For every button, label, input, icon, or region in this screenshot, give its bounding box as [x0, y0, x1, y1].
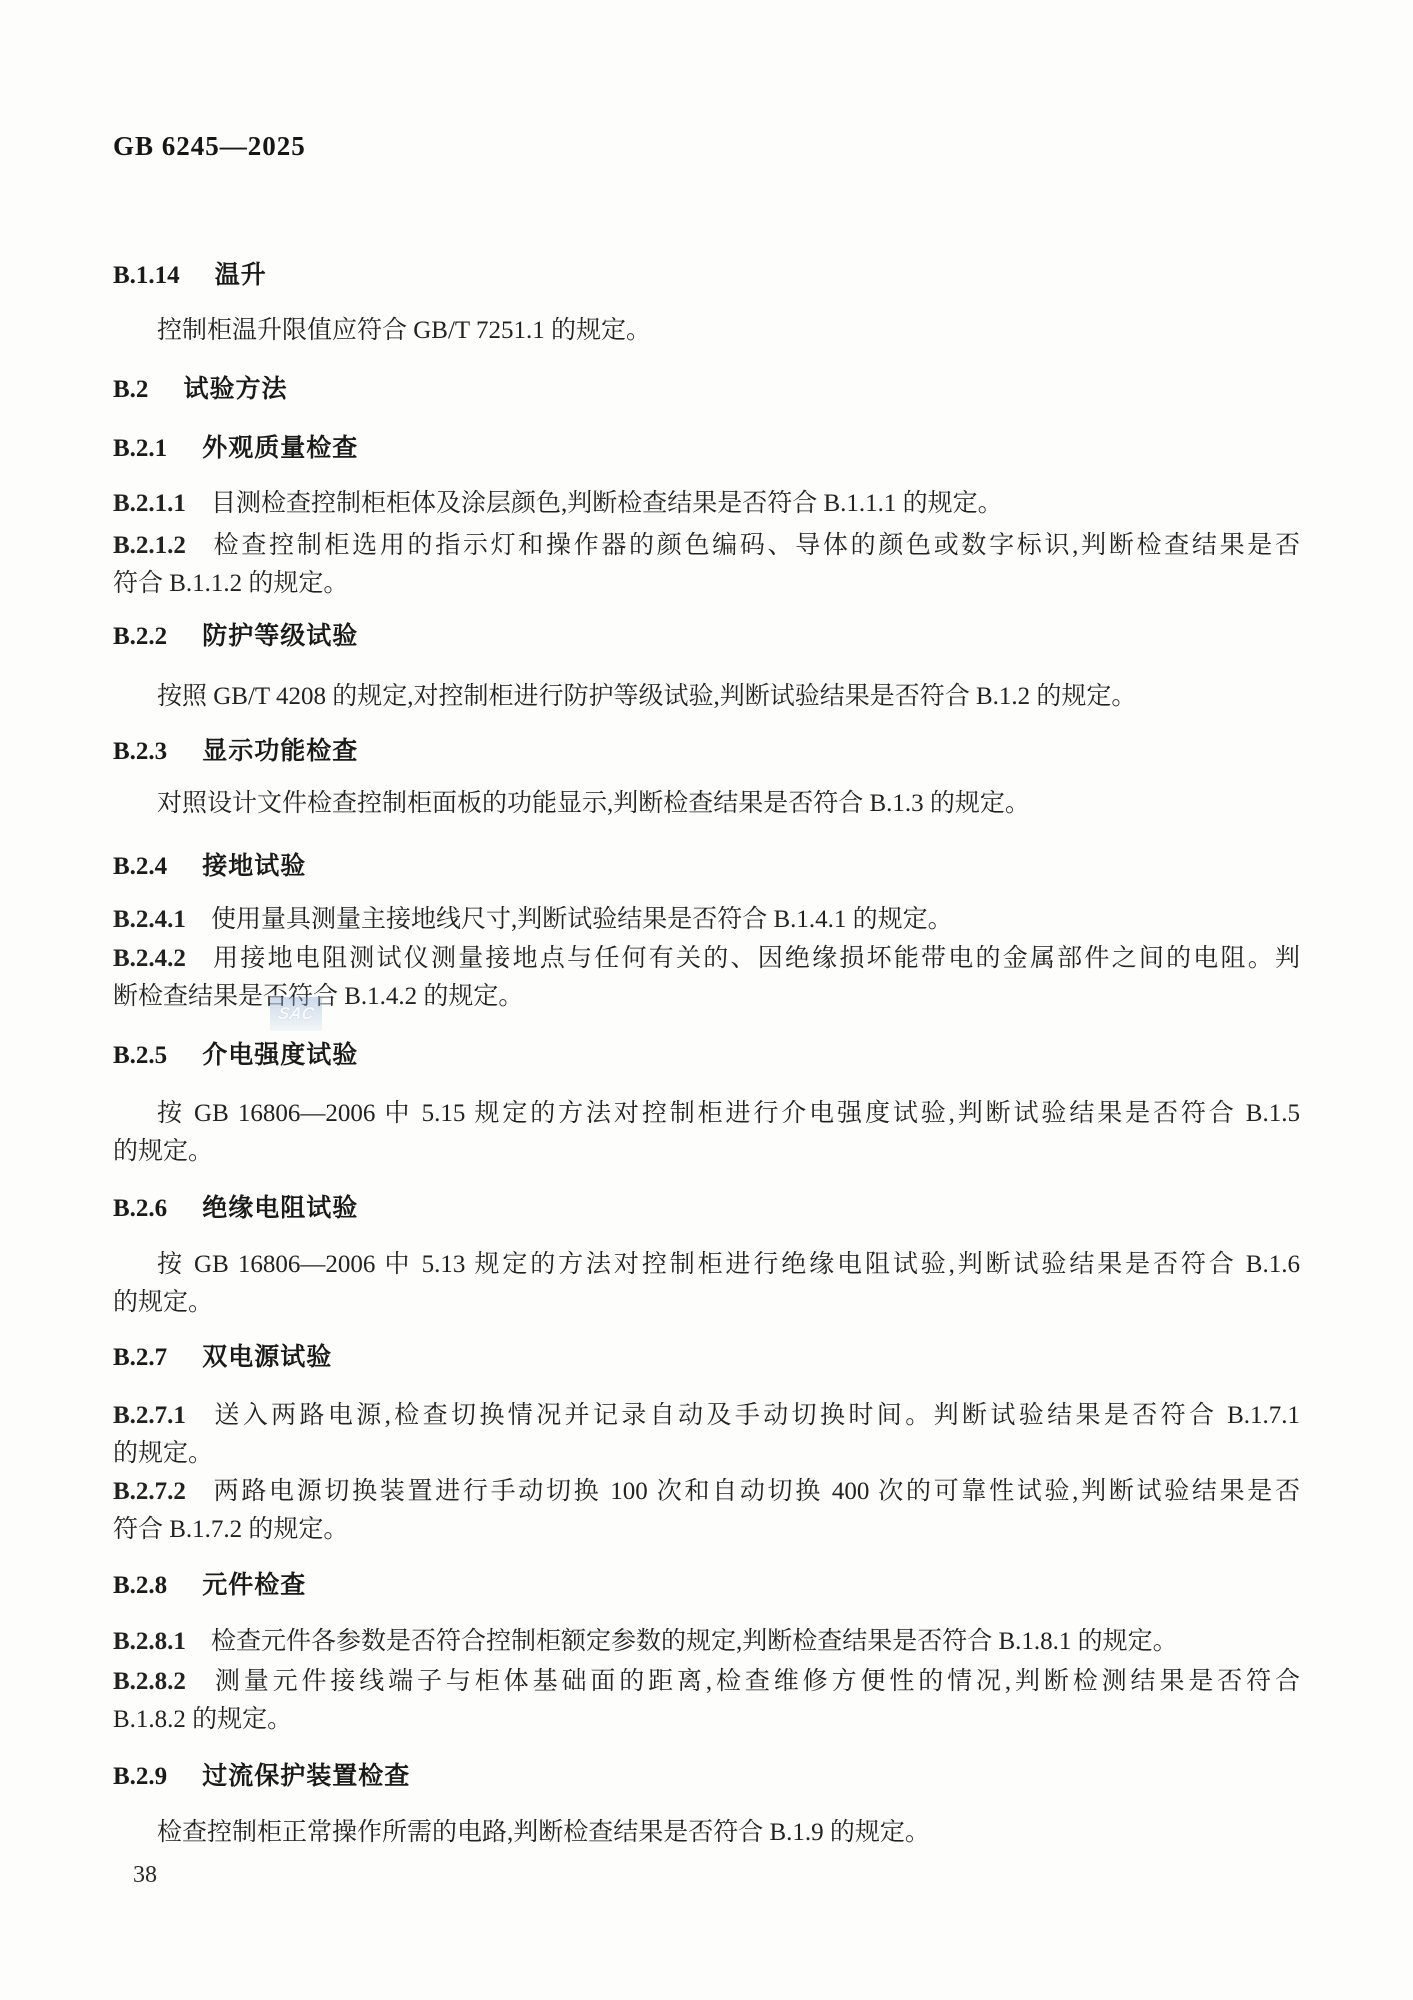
- heading-b-2-7: B.2.7双电源试验: [113, 1338, 1300, 1377]
- clause-text: 测量元件接线端子与柜体基础面的距离,检查维修方便性的情况,判断检测结果是否符合: [211, 1668, 1300, 1695]
- clause-b-2-8-1: B.2.8.1检查元件各参数是否符合控制柜额定参数的规定,判断检查结果是否符合 …: [113, 1623, 1300, 1661]
- clause-number: B.2.8.1: [113, 1628, 186, 1655]
- clause-number: B.2.7.1: [113, 1402, 186, 1429]
- standard-number-header: GB 6245—2025: [113, 128, 1300, 164]
- clause-text: 使用量具测量主接地线尺寸,判断试验结果是否符合 B.1.4.1 的规定。: [211, 906, 953, 933]
- clause-b-2-4-1: B.2.4.1使用量具测量主接地线尺寸,判断试验结果是否符合 B.1.4.1 的…: [113, 901, 1300, 939]
- heading-b-2: B.2试验方法: [113, 370, 1300, 409]
- clause-text: 用接地电阻测试仪测量接地点与任何有关的、因绝缘损坏能带电的金属部件之间的电阻。判: [211, 945, 1300, 972]
- paragraph-line: B.2.4.2用接地电阻测试仪测量接地点与任何有关的、因绝缘损坏能带电的金属部件…: [113, 940, 1300, 978]
- section-title: 试验方法: [183, 375, 287, 403]
- clause-number: B.2.1.1: [113, 490, 186, 517]
- heading-b-2-5: B.2.5介电强度试验: [113, 1036, 1300, 1075]
- clause-b-2-1-1: B.2.1.1目测检查控制柜柜体及涂层颜色,判断检查结果是否符合 B.1.1.1…: [113, 485, 1300, 523]
- clause-b-2-7-2: B.2.7.2两路电源切换装置进行手动切换 100 次和自动切换 400 次的可…: [113, 1473, 1300, 1549]
- clause-text: 两路电源切换装置进行手动切换 100 次和自动切换 400 次的可靠性试验,判断…: [211, 1478, 1300, 1505]
- paragraph-b-2-3: 对照设计文件检查控制柜面板的功能显示,判断检查结果是否符合 B.1.3 的规定。: [113, 785, 1300, 823]
- section-title: 外观质量检查: [202, 434, 358, 462]
- heading-b-2-6: B.2.6绝缘电阻试验: [113, 1189, 1300, 1228]
- heading-b-2-3: B.2.3显示功能检查: [113, 732, 1300, 771]
- paragraph-line: 对照设计文件检查控制柜面板的功能显示,判断检查结果是否符合 B.1.3 的规定。: [113, 785, 1300, 823]
- paragraph-line: 的规定。: [113, 1435, 1300, 1473]
- paragraph-line: 的规定。: [113, 1133, 1300, 1171]
- section-number: B.2.6: [113, 1195, 167, 1222]
- paragraph-b-2-9: 检查控制柜正常操作所需的电路,判断检查结果是否符合 B.1.9 的规定。: [113, 1814, 1300, 1852]
- paragraph-line: 按 GB 16806—2006 中 5.13 规定的方法对控制柜进行绝缘电阻试验…: [113, 1246, 1300, 1284]
- heading-b-2-2: B.2.2防护等级试验: [113, 617, 1300, 656]
- clause-text: 检查控制柜选用的指示灯和操作器的颜色编码、导体的颜色或数字标识,判断检查结果是否: [211, 532, 1300, 559]
- section-number: B.2.5: [113, 1042, 167, 1069]
- paragraph-line: 符合 B.1.7.2 的规定。: [113, 1511, 1300, 1549]
- clause-number: B.2.4.2: [113, 945, 186, 972]
- paragraph-line: B.2.7.1送入两路电源,检查切换情况并记录自动及手动切换时间。判断试验结果是…: [113, 1397, 1300, 1435]
- paragraph-b-2-5: 按 GB 16806—2006 中 5.15 规定的方法对控制柜进行介电强度试验…: [113, 1095, 1300, 1171]
- paragraph-line: B.2.1.2检查控制柜选用的指示灯和操作器的颜色编码、导体的颜色或数字标识,判…: [113, 527, 1300, 565]
- section-number: B.1.14: [113, 262, 180, 289]
- section-title: 介电强度试验: [202, 1041, 358, 1069]
- paragraph-line: B.2.4.1使用量具测量主接地线尺寸,判断试验结果是否符合 B.1.4.1 的…: [113, 901, 1300, 939]
- section-title: 双电源试验: [202, 1343, 332, 1371]
- clause-b-2-8-2: B.2.8.2测量元件接线端子与柜体基础面的距离,检查维修方便性的情况,判断检测…: [113, 1663, 1300, 1739]
- clause-text: 检查元件各参数是否符合控制柜额定参数的规定,判断检查结果是否符合 B.1.8.1…: [211, 1628, 1178, 1655]
- paragraph-line: 按 GB 16806—2006 中 5.15 规定的方法对控制柜进行介电强度试验…: [113, 1095, 1300, 1133]
- section-number: B.2.7: [113, 1344, 167, 1371]
- section-title: 显示功能检查: [202, 737, 358, 765]
- section-title: 防护等级试验: [202, 622, 358, 650]
- section-title: 元件检查: [202, 1571, 306, 1599]
- paragraph-line: 按照 GB/T 4208 的规定,对控制柜进行防护等级试验,判断试验结果是否符合…: [113, 678, 1300, 716]
- heading-b-2-8: B.2.8元件检查: [113, 1566, 1300, 1605]
- paragraph-line: 符合 B.1.1.2 的规定。: [113, 565, 1300, 603]
- clause-number: B.2.8.2: [113, 1668, 186, 1695]
- paragraph-b-2-2: 按照 GB/T 4208 的规定,对控制柜进行防护等级试验,判断试验结果是否符合…: [113, 678, 1300, 716]
- section-number: B.2: [113, 376, 148, 403]
- page-number: 38: [133, 1856, 1300, 1894]
- section-number: B.2.9: [113, 1763, 167, 1790]
- document-page: GB 6245—2025 B.1.14温升 控制柜温升限值应符合 GB/T 72…: [0, 0, 1413, 2000]
- clause-number: B.2.1.2: [113, 532, 186, 559]
- clause-b-2-7-1: B.2.7.1送入两路电源,检查切换情况并记录自动及手动切换时间。判断试验结果是…: [113, 1397, 1300, 1473]
- heading-b-2-9: B.2.9过流保护装置检查: [113, 1757, 1300, 1796]
- paragraph-line: B.2.8.1检查元件各参数是否符合控制柜额定参数的规定,判断检查结果是否符合 …: [113, 1623, 1300, 1661]
- section-number: B.2.8: [113, 1572, 167, 1599]
- paragraph-line: B.2.7.2两路电源切换装置进行手动切换 100 次和自动切换 400 次的可…: [113, 1473, 1300, 1511]
- section-number: B.2.2: [113, 623, 167, 650]
- section-number: B.2.3: [113, 738, 167, 765]
- paragraph-line: B.1.8.2 的规定。: [113, 1701, 1300, 1739]
- paragraph-line: B.2.8.2测量元件接线端子与柜体基础面的距离,检查维修方便性的情况,判断检测…: [113, 1663, 1300, 1701]
- paragraph-line: 检查控制柜正常操作所需的电路,判断检查结果是否符合 B.1.9 的规定。: [113, 1814, 1300, 1852]
- clause-number: B.2.4.1: [113, 906, 186, 933]
- heading-b-2-4: B.2.4接地试验: [113, 847, 1300, 886]
- section-title: 温升: [215, 261, 267, 289]
- section-title: 绝缘电阻试验: [202, 1194, 358, 1222]
- heading-b-1-14: B.1.14温升: [113, 256, 1300, 295]
- section-title: 过流保护装置检查: [202, 1762, 410, 1790]
- paragraph-line: 控制柜温升限值应符合 GB/T 7251.1 的规定。: [113, 312, 1300, 350]
- clause-text: 目测检查控制柜柜体及涂层颜色,判断检查结果是否符合 B.1.1.1 的规定。: [211, 490, 1003, 517]
- clause-number: B.2.7.2: [113, 1478, 186, 1505]
- clause-text: 送入两路电源,检查切换情况并记录自动及手动切换时间。判断试验结果是否符合 B.1…: [211, 1402, 1300, 1429]
- paragraph-line: 断检查结果是否符合 B.1.4.2 的规定。: [113, 978, 1300, 1016]
- paragraph-b-2-6: 按 GB 16806—2006 中 5.13 规定的方法对控制柜进行绝缘电阻试验…: [113, 1246, 1300, 1322]
- heading-b-2-1: B.2.1外观质量检查: [113, 429, 1300, 468]
- clause-b-2-1-2: B.2.1.2检查控制柜选用的指示灯和操作器的颜色编码、导体的颜色或数字标识,判…: [113, 527, 1300, 603]
- paragraph-b-1-14: 控制柜温升限值应符合 GB/T 7251.1 的规定。: [113, 312, 1300, 350]
- section-number: B.2.1: [113, 435, 167, 462]
- section-number: B.2.4: [113, 853, 167, 880]
- clause-b-2-4-2: B.2.4.2用接地电阻测试仪测量接地点与任何有关的、因绝缘损坏能带电的金属部件…: [113, 940, 1300, 1016]
- paragraph-line: B.2.1.1目测检查控制柜柜体及涂层颜色,判断检查结果是否符合 B.1.1.1…: [113, 485, 1300, 523]
- paragraph-line: 的规定。: [113, 1284, 1300, 1322]
- section-title: 接地试验: [202, 852, 306, 880]
